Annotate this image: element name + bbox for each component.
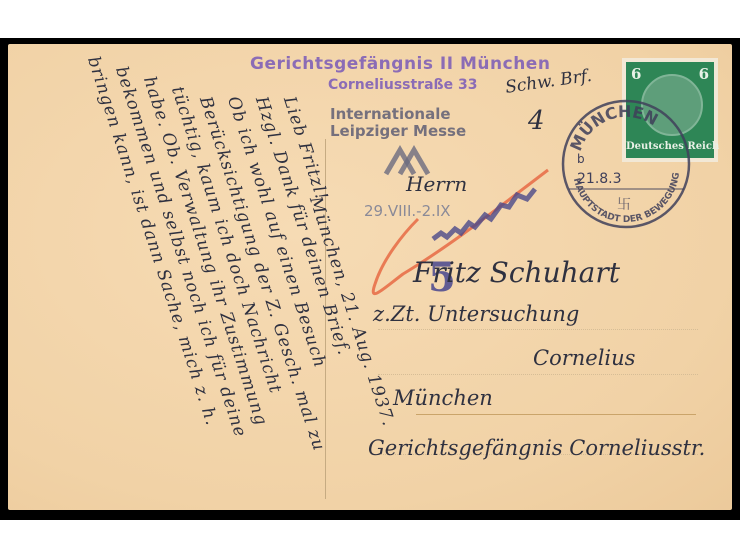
postmark-city: MÜNCHEN (566, 102, 661, 154)
munich-postmark: MÜNCHEN HAUPTSTADT DER BEWEGUNG b 21.8.3… (559, 97, 694, 232)
postmark-date: 21.8.3 (577, 171, 622, 187)
address-rule-underline (416, 414, 696, 415)
scan-border: Gerichtsgefängnis II München Corneliusst… (0, 38, 740, 520)
postcard: Gerichtsgefängnis II München Corneliusst… (8, 44, 732, 510)
address-line1: z.Zt. Untersuchung (373, 302, 579, 326)
address-name: Fritz Schuhart (413, 256, 620, 289)
stamp-value-left: 6 (631, 65, 641, 83)
address-city: München (393, 386, 493, 410)
slogan-line2: Leipziger Messe (330, 123, 466, 140)
address-rule (378, 374, 698, 375)
slogan-cancel: Internationale Leipziger Messe (330, 106, 466, 140)
address-rule (378, 329, 698, 330)
postmark-letter: b (577, 152, 585, 166)
address-salutation: Herrn (406, 172, 467, 196)
slogan-line1: Internationale (330, 106, 466, 123)
handwritten-number: 4 (528, 106, 545, 136)
address-line2: Cornelius (533, 346, 635, 370)
prison-stamp-name: Gerichtsgefängnis II München (250, 54, 550, 74)
address-line3: Gerichtsgefängnis Corneliusstr. (368, 436, 705, 460)
postmark-emblem-icon: 卐 (617, 197, 631, 213)
stamp-value-right: 6 (699, 65, 709, 83)
svg-text:MÜNCHEN: MÜNCHEN (566, 102, 661, 154)
